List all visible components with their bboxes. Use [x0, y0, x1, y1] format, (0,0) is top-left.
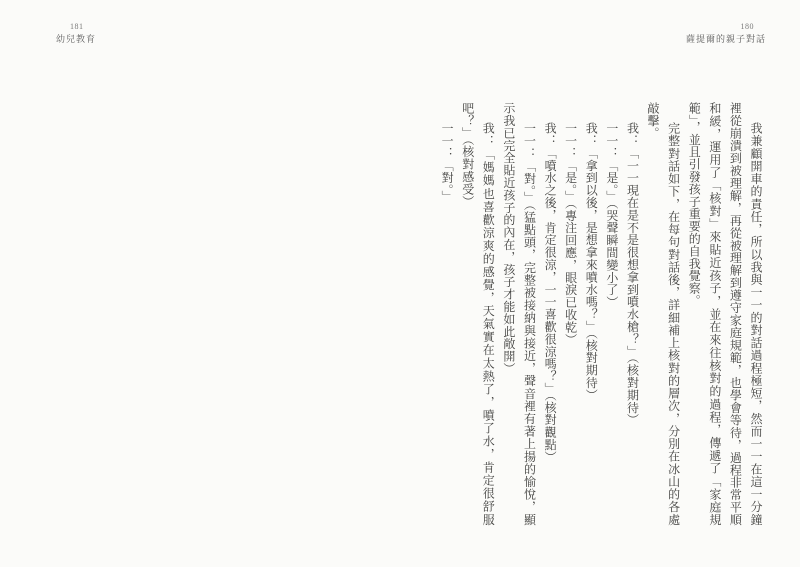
paragraph: 一一：「對。」 [437, 102, 458, 526]
running-title-right: 薩提爾的親子對話 [686, 34, 766, 45]
paragraph: 我：「噴水之後，肯定很涼，一一喜歡很涼嗎？」（核對觀點） [539, 102, 560, 526]
paragraph: 一一：「是。」（哭聲瞬間變小了） [601, 102, 622, 526]
page-181: 181 幼兒教育 我：「一一拿到以後，會先噴誰呢？」（核對行為） 一一：「不知道… [0, 0, 400, 567]
page-body-right: 我兼顧開車的責任，所以我與一一的對話過程極短，然而一一在這一分鐘裡從崩潰到被理解… [442, 102, 766, 526]
paragraph: 我：「媽媽也喜歡涼爽的感覺，天氣實在太熱了，噴了水，肯定很舒服吧？」（核對感受） [457, 102, 498, 526]
page-number-left: 181 [70, 22, 96, 32]
paragraph: 一一：「是。」（專注回應，眼淚已收乾） [560, 102, 581, 526]
page-header-right: 180 薩提爾的親子對話 [686, 22, 766, 45]
book-spread: 180 薩提爾的親子對話 我兼顧開車的責任，所以我與一一的對話過程極短，然而一一… [0, 0, 800, 567]
paragraph: 我：「拿到以後，是想拿來噴水嗎？」（核對期待） [581, 102, 602, 526]
page-180: 180 薩提爾的親子對話 我兼顧開車的責任，所以我與一一的對話過程極短，然而一一… [400, 0, 800, 567]
paragraph: 完整對話如下，在每句對話後，詳細補上核對的層次，分別在冰山的各處敲擊。 [642, 102, 683, 526]
page-header-left: 181 幼兒教育 [56, 22, 96, 45]
running-title-left: 幼兒教育 [56, 34, 96, 45]
paragraph: 一一：「對。」（猛點頭，完整被接納與接近，聲音裡有著上揚的愉悅，顯示我已完全貼近… [498, 102, 539, 526]
paragraph: 我兼顧開車的責任，所以我與一一的對話過程極短，然而一一在這一分鐘裡從崩潰到被理解… [684, 102, 766, 526]
page-number-right: 180 [686, 22, 754, 32]
paragraph: 我：「一一現在是不是很想拿到噴水槍？」（核對期待） [622, 102, 643, 526]
